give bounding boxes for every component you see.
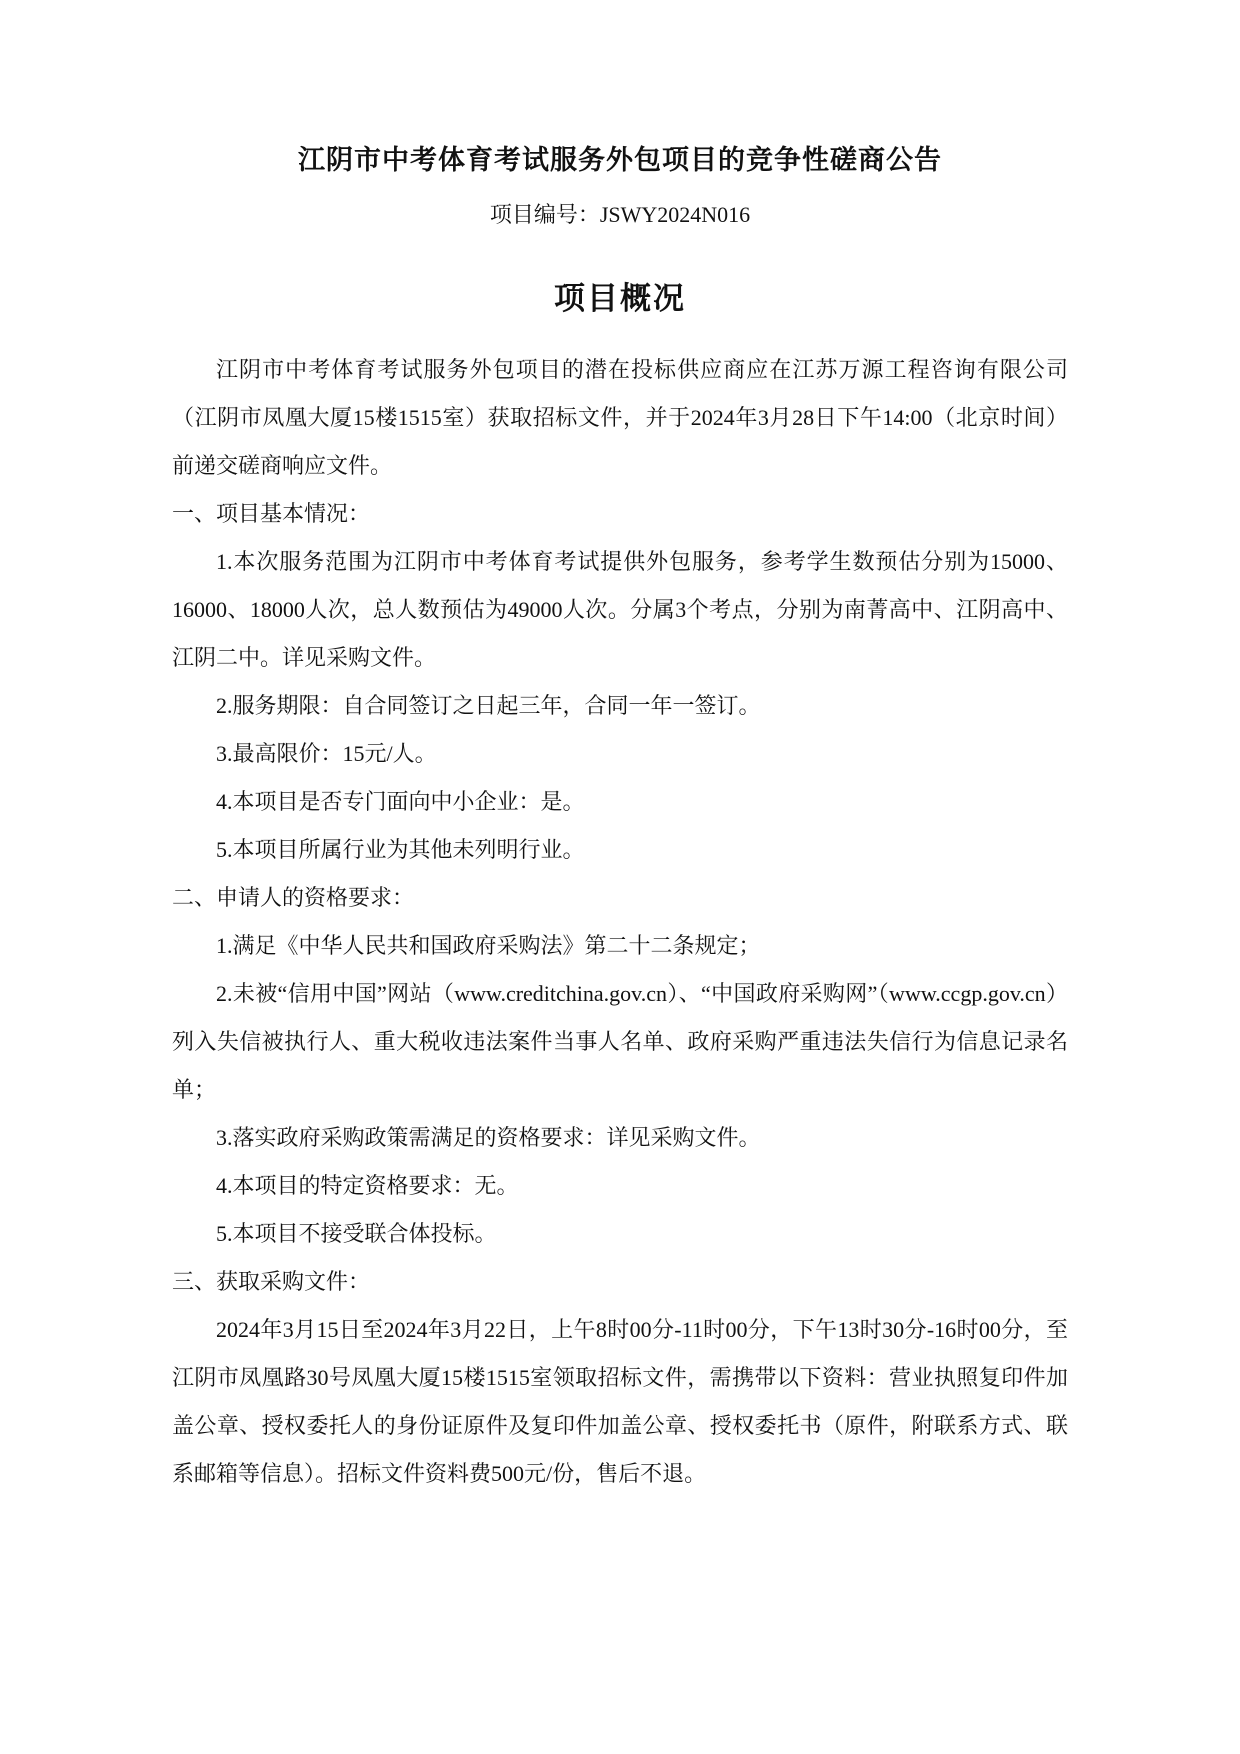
paragraph-scope: 1.本次服务范围为江阴市中考体育考试提供外包服务，参考学生数预估分别为15000… — [172, 538, 1068, 682]
document-page: 江阴市中考体育考试服务外包项目的竞争性磋商公告 项目编号：JSWY2024N01… — [0, 0, 1240, 1754]
paragraph-obtain-documents: 2024年3月15日至2024年3月22日，上午8时00分-11时00分，下午1… — [172, 1306, 1068, 1498]
document-title: 江阴市中考体育考试服务外包项目的竞争性磋商公告 — [172, 142, 1068, 178]
section-heading-3: 三、获取采购文件： — [172, 1258, 1068, 1306]
overview-heading: 项目概况 — [172, 278, 1068, 320]
paragraph-law-requirement: 1.满足《中华人民共和国政府采购法》第二十二条规定； — [172, 922, 1068, 970]
paragraph-price-limit: 3.最高限价：15元/人。 — [172, 730, 1068, 778]
paragraph-industry: 5.本项目所属行业为其他未列明行业。 — [172, 826, 1068, 874]
section-heading-2: 二、申请人的资格要求： — [172, 874, 1068, 922]
paragraph-intro: 江阴市中考体育考试服务外包项目的潜在投标供应商应在江苏万源工程咨询有限公司（江阴… — [172, 346, 1068, 490]
section-heading-1: 一、项目基本情况： — [172, 490, 1068, 538]
paragraph-sme: 4.本项目是否专门面向中小企业：是。 — [172, 778, 1068, 826]
paragraph-credit-check: 2.未被“信用中国”网站（www.creditchina.gov.cn）、“中国… — [172, 970, 1068, 1114]
paragraph-service-term: 2.服务期限：自合同签订之日起三年，合同一年一签订。 — [172, 682, 1068, 730]
document-body: 江阴市中考体育考试服务外包项目的潜在投标供应商应在江苏万源工程咨询有限公司（江阴… — [172, 346, 1068, 1498]
project-number: 项目编号：JSWY2024N016 — [172, 200, 1068, 230]
paragraph-policy: 3.落实政府采购政策需满足的资格要求：详见采购文件。 — [172, 1114, 1068, 1162]
paragraph-no-consortium: 5.本项目不接受联合体投标。 — [172, 1210, 1068, 1258]
paragraph-specific-req: 4.本项目的特定资格要求：无。 — [172, 1162, 1068, 1210]
